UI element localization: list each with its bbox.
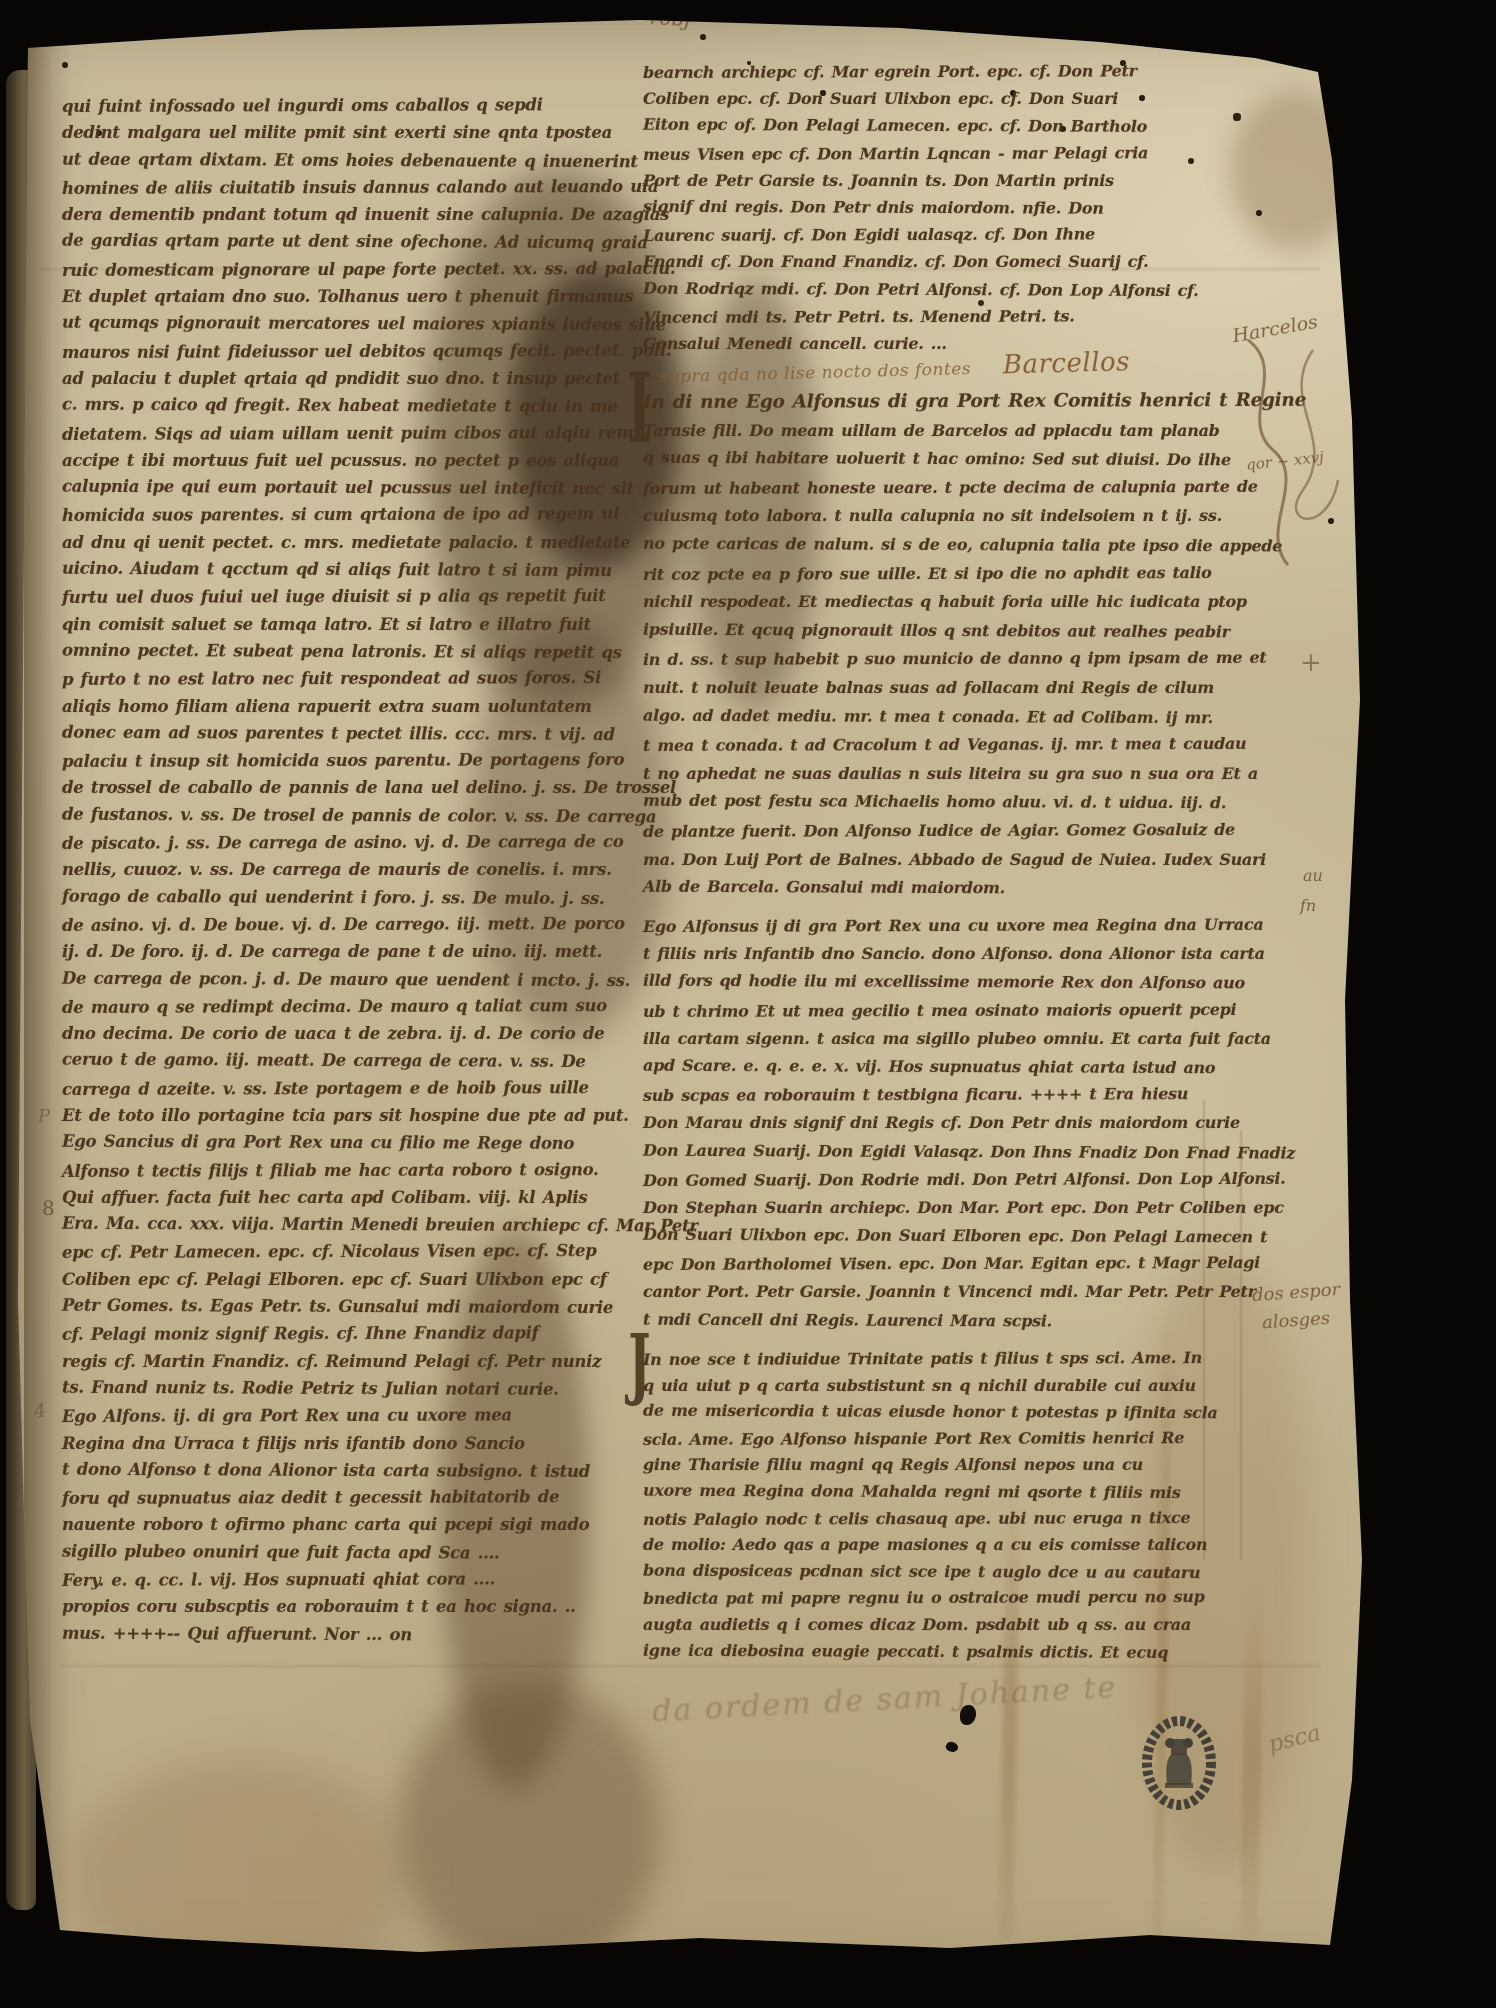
- stain: [400, 1680, 660, 1980]
- folio-number: 16: [1228, 16, 1269, 42]
- manuscript-text-line: de fustanos. v. ss. De trosel de pannis …: [62, 800, 640, 830]
- faded-bottom-note: da ordem de sam Johane te: [651, 1670, 1118, 1729]
- manuscript-text-line: ut deae qrtam dixtam. Et oms hoies deben…: [62, 145, 640, 175]
- manuscript-text-line: nichil respodeat. Et mediectas q habuit …: [643, 588, 1233, 617]
- manuscript-text-line: Et duplet qrtaiam dno suo. Tolhanus uero…: [62, 283, 640, 310]
- manuscript-text-line: q uia uiut p q carta substistunt sn q ni…: [643, 1373, 1233, 1400]
- manuscript-text-line: propios coru subscptis ea roborauim t t …: [62, 1593, 640, 1620]
- manuscript-text-line: omnino pectet. Et subeat pena latronis. …: [62, 637, 640, 667]
- manuscript-text-line: Don Marau dnis signif dni Regis cf. Don …: [643, 1109, 1233, 1137]
- manuscript-text-line: qin comisit saluet se tamqa latro. Et si…: [62, 611, 640, 638]
- manuscript-text-line: accipe t ibi mortuus fuit uel pcussus. n…: [62, 447, 640, 474]
- manuscript-text-line: de gardias qrtam parte ut dent sine ofec…: [62, 227, 640, 257]
- manuscript-text-line: bnedicta pat mi papre regnu iu o ostraic…: [643, 1584, 1233, 1613]
- manuscript-text-line: Alb de Barcela. Gonsalui mdi maiordom.: [643, 873, 1233, 904]
- manuscript-text-line: scla. Ame. Ego Alfonso hispanie Port Rex…: [643, 1425, 1233, 1454]
- stain: [1230, 90, 1360, 250]
- manuscript-text-line: t dono Alfonso t dona Alionor ista carta…: [62, 1456, 640, 1486]
- manuscript-text-line: de me misericordia t uicas eiusde honor …: [643, 1398, 1233, 1427]
- manuscript-text-line: De carrega de pcon. j. d. De mauro que u…: [62, 964, 640, 994]
- quire-mark: robj: [649, 5, 691, 32]
- manuscript-text-line: augta audietis q i comes dicaz Dom. psda…: [643, 1612, 1233, 1639]
- manuscript-text-line: dedint malgara uel milite pmit sint exer…: [62, 119, 640, 146]
- manuscript-text-line: de molio: Aedo qas a pape masiones q a c…: [643, 1532, 1233, 1559]
- manuscript-text-line: cf. Pelagi moniz signif Regis. cf. Ihne …: [62, 1319, 640, 1348]
- manuscript-text-line: ipsiuille. Et qcuq pignorauit illos q sn…: [643, 615, 1233, 646]
- manuscript-text-line: ad palaciu t duplet qrtaia qd pndidit su…: [62, 365, 640, 392]
- manuscript-text-line: sigillo plubeo onuniri que fuit facta ap…: [62, 1537, 640, 1567]
- manuscript-text-line: dno decima. De corio de uaca t de zebra.…: [62, 1020, 640, 1047]
- manuscript-text-line: Don Gomed Suarij. Don Rodrie mdi. Don Pe…: [643, 1165, 1233, 1195]
- manuscript-text-line: illd fors qd hodie ilu mi excellissime m…: [643, 967, 1233, 998]
- manuscript-text-line: In noe sce t indiuidue Trinitate patis t…: [643, 1345, 1233, 1374]
- manuscript-text-line: ad dnu qi uenit pectet. c. mrs. medietat…: [62, 529, 640, 556]
- manuscript-text-line: qui fuint infossado uel ingurdi oms caba…: [62, 91, 640, 120]
- manuscript-text-line: Coliben epc. cf. Don Suari Ulixbon epc. …: [643, 85, 1233, 112]
- manuscript-text-line: Don Suari Ulixbon epc. Don Suari Elboren…: [643, 1221, 1233, 1252]
- manuscript-text-line: t mdi Cancell dni Regis. Laurenci Mara s…: [643, 1305, 1233, 1336]
- manuscript-text-line: de asino. vj. d. De boue. vj. d. De carr…: [62, 910, 640, 939]
- manuscript-text-line: Tarasie fili. Do meam uillam de Barcelos…: [643, 417, 1233, 446]
- manuscript-text-line: regis cf. Martin Fnandiz. cf. Reimund Pe…: [62, 1348, 640, 1375]
- manuscript-text-line: Petr Gomes. ts. Egas Petr. ts. Gunsalui …: [62, 1292, 640, 1322]
- manuscript-text-line: Regina dna Urraca t filijs nris ifantib …: [62, 1430, 640, 1457]
- witness-list-block: bearnch archiepc cf. Mar egrein Port. ep…: [643, 58, 1233, 357]
- manuscript-text-line: ruic domesticam pignorare ul pape forte …: [62, 255, 640, 284]
- manuscript-text-line: de plantze fuerit. Don Alfonso Iudice de…: [643, 816, 1233, 847]
- margin-note-fn: fn: [1300, 896, 1316, 915]
- left-margin-pilcrow: P: [38, 1106, 50, 1127]
- manuscript-text-line: mus. ++++-- Qui affuerunt. Nor ... on: [62, 1619, 640, 1649]
- manuscript-text-line: ceruo t de gamo. iij. meatt. De carrega …: [62, 1046, 640, 1076]
- manuscript-text-line: mub det post festu sca Michaelis homo al…: [643, 787, 1233, 818]
- manuscript-text-line: igne ica diebosina euagie peccati. t psa…: [643, 1637, 1233, 1666]
- manuscript-text-line: Era. Ma. cca. xxx. viija. Martin Menedi …: [62, 1210, 640, 1240]
- heading-note-text: sopra qda no lise nocto dos fontes: [660, 359, 971, 387]
- manuscript-text-line: epc Don Bartholomei Visen. epc. Don Mar.…: [643, 1249, 1233, 1279]
- manuscript-text-line: rit coz pcte ea p foro sue uille. Et si …: [643, 559, 1233, 590]
- archive-stamp: [1139, 1713, 1219, 1813]
- manuscript-text-line: c. mrs. p caico qd fregit. Rex habeat me…: [62, 391, 640, 421]
- manuscript-text-line: epc cf. Petr Lamecen. epc. cf. Nicolaus …: [62, 1237, 640, 1266]
- ruling-line: [1240, 1130, 1242, 1560]
- manuscript-text-line: ts. Fnand nuniz ts. Rodie Petriz ts Juli…: [62, 1374, 640, 1404]
- manuscript-text-line: t filiis nris Infantib dno Sancio. dono …: [643, 940, 1233, 968]
- drip-streak: [1240, 1580, 1264, 1940]
- manuscript-text-line: ij. d. De foro. ij. d. De carrega de pan…: [62, 938, 640, 965]
- royal-confirmation-block: Ego Alfonsus ij di gra Port Rex una cu u…: [643, 912, 1233, 1335]
- parchment-page: robj 16 qui fuint infossado uel ingurdi …: [0, 0, 1496, 2008]
- stain: [70, 1760, 410, 1990]
- manuscript-text-line: Don Rodriqz mdi. cf. Don Petri Alfonsi. …: [643, 274, 1233, 304]
- invocation-block: In noe sce t indiuidue Trinitate patis t…: [643, 1346, 1233, 1665]
- manuscript-text-line: Coliben epc cf. Pelagi Elboren. epc cf. …: [62, 1266, 640, 1293]
- manuscript-text-line: nellis, cuuoz. v. ss. De carrega de maur…: [62, 856, 640, 883]
- manuscript-text-line: meus Visen epc cf. Don Martin Lqncan - m…: [643, 139, 1233, 168]
- manuscript-text-line: Port de Petr Garsie ts. Joannin ts. Don …: [643, 167, 1233, 194]
- charter-grant-block: In di nne Ego Alfonsus di gra Port Rex C…: [643, 388, 1233, 903]
- manuscript-text-line: palaciu t insup sit homicida suos parent…: [62, 746, 640, 775]
- manuscript-text-line: q suas q ibi habitare uoluerit t hac omi…: [643, 444, 1233, 475]
- manuscript-text-line: Alfonso t tectis filijs t filiab me hac …: [62, 1156, 640, 1185]
- manuscript-text-line: de mauro q se redimpt decima. De mauro q…: [62, 992, 640, 1021]
- manuscript-text-line: forago de caballo qui uenderint i foro. …: [62, 882, 640, 912]
- manuscript-text-line: dietatem. Siqs ad uiam uillam uenit puim…: [62, 419, 640, 448]
- manuscript-text-line: algo. ad dadet mediu. mr. t mea t conada…: [643, 701, 1233, 732]
- manuscript-text-line: bearnch archiepc cf. Mar egrein Port. ep…: [643, 57, 1233, 86]
- manuscript-text-line: Don Laurea Suarij. Don Egidi Valasqz. Do…: [643, 1136, 1233, 1167]
- manuscript-text-line: dera dementib pndant totum qd inuenit si…: [62, 201, 640, 228]
- manuscript-text-line: aliqis homo filiam aliena rapuerit extra…: [62, 693, 640, 720]
- manuscript-text-line: Laurenc suarij. cf. Don Egidi ualasqz. c…: [643, 220, 1233, 249]
- manuscript-text-line: Ego Alfonsus ij di gra Port Rex una cu u…: [643, 911, 1233, 941]
- manuscript-text-line: nauente roboro t ofirmo phanc carta qui …: [62, 1511, 640, 1538]
- manuscript-text-line: Vincenci mdi ts. Petr Petri. ts. Menend …: [643, 302, 1233, 331]
- ink-blot: [944, 1740, 959, 1755]
- manuscript-text-line: Ego Sancius di gra Port Rex una cu filio…: [62, 1128, 640, 1158]
- manuscript-text-line: apd Scare. e. q. e. e. x. vij. Hos supnu…: [643, 1052, 1233, 1083]
- manuscript-text-line: t mea t conada. t ad Cracolum t ad Vegan…: [643, 730, 1233, 761]
- manuscript-text-line: de piscato. j. ss. De carrega de asino. …: [62, 828, 640, 857]
- manuscript-text-line: Fnandi cf. Don Fnand Fnandiz. cf. Don Go…: [643, 248, 1233, 275]
- manuscript-text-line: Ego Alfons. ij. di gra Port Rex una cu u…: [62, 1401, 640, 1430]
- manuscript-text-line: Eiton epc of. Don Pelagi Lamecen. epc. c…: [643, 111, 1233, 141]
- manuscript-text-line: foru qd supnuatus aiaz dedit t gecessit …: [62, 1483, 640, 1512]
- manuscript-text-line: mauros nisi fuint fideiussor uel debitos…: [62, 337, 640, 366]
- manuscript-text-line: cantor Port. Petr Garsie. Joannin t Vinc…: [643, 1278, 1233, 1306]
- manuscript-text-line: sub scpas ea roborauim t testbigna ficar…: [643, 1080, 1233, 1110]
- margin-flourish-note: psca: [1266, 1720, 1324, 1758]
- manuscript-text-line: t no aphedat ne suas daulias n suis lite…: [643, 760, 1233, 789]
- manuscript-text-line: ub t chrimo Et ut mea gecilio t mea osin…: [643, 996, 1233, 1026]
- manuscript-text-line: de trossel de caballo de pannis de lana …: [62, 774, 640, 801]
- manuscript-text-line: furtu uel duos fuiui uel iuge diuisit si…: [62, 582, 640, 611]
- margin-note-au: au: [1303, 866, 1323, 885]
- manuscript-photo: robj 16 qui fuint infossado uel ingurdi …: [0, 0, 1496, 2008]
- manuscript-text-line: illa cartam sigenn. t asica ma sigillo p…: [643, 1025, 1233, 1053]
- manuscript-text-line: Fery. e. q. cc. l. vij. Hos supnuati qhi…: [62, 1565, 640, 1594]
- manuscript-text-line: uxore mea Regina dona Mahalda regni mi q…: [643, 1478, 1233, 1507]
- margin-note-dos-espor: dos espor: [1251, 1279, 1340, 1306]
- manuscript-text-line: in d. ss. t sup habebit p suo municio de…: [643, 644, 1233, 675]
- margin-note-alosges: alosges: [1261, 1308, 1330, 1334]
- manuscript-text-line: calupnia ipe qui eum portauit uel pcussu…: [62, 473, 640, 503]
- manuscript-text-line: no pcte caricas de nalum. si s de eo, ca…: [643, 530, 1233, 561]
- manuscript-text-line: ma. Don Luij Port de Balnes. Abbado de S…: [643, 846, 1233, 875]
- left-text-column: qui fuint infossado uel ingurdi oms caba…: [62, 92, 640, 1648]
- manuscript-text-line: Et de toto illo portagine tcia pars sit …: [62, 1102, 640, 1129]
- manuscript-text-line: Qui affuer. facta fuit hec carta apd Col…: [62, 1184, 640, 1211]
- manuscript-text-line: homines de aliis ciuitatib insuis dannus…: [62, 173, 640, 202]
- manuscript-text-line: p furto t no est latro nec fuit responde…: [62, 664, 640, 693]
- manuscript-text-line: bona disposiceas pcdnan sict sce ipe t a…: [643, 1557, 1233, 1586]
- manuscript-text-line: In di nne Ego Alfonsus di gra Port Rex C…: [643, 387, 1233, 418]
- manuscript-text-line: Don Stephan Suarin archiepc. Don Mar. Po…: [643, 1194, 1233, 1222]
- manuscript-text-line: ut qcumqs pignorauit mercatores uel maio…: [62, 309, 640, 339]
- manuscript-text-line: homicida suos parentes. si cum qrtaiona …: [62, 500, 640, 529]
- manuscript-text-line: carrega d azeite. v. ss. Iste portagem e…: [62, 1074, 640, 1103]
- manuscript-text-line: forum ut habeant honeste ueare. t pcte d…: [643, 473, 1233, 504]
- manuscript-text-line: notis Palagio nodc t celis chasauq ape. …: [643, 1505, 1233, 1534]
- manuscript-text-line: gine Tharisie filiu magni qq Regis Alfon…: [643, 1452, 1233, 1479]
- seated-figure-stamp-icon: [1139, 1713, 1219, 1813]
- left-margin-number: 8: [42, 1196, 55, 1220]
- margin-plus-mark: +: [1300, 648, 1322, 678]
- manuscript-text-line: donec eam ad suos parentes t pectet illi…: [62, 719, 640, 749]
- manuscript-text-line: cuiusmq toto labora. t nulla calupnia no…: [643, 502, 1233, 531]
- manuscript-text-line: signif dni regis. Don Petr dnis maiordom…: [643, 193, 1233, 223]
- manuscript-text-line: uicino. Aiudam t qcctum qd si aliqs fuit…: [62, 555, 640, 585]
- worm-holes: [0, 0, 2, 2]
- heading-note-placename: Barcellos: [1002, 347, 1130, 380]
- manuscript-text-line: nuit. t noluit leuate balnas suas ad fol…: [643, 674, 1233, 703]
